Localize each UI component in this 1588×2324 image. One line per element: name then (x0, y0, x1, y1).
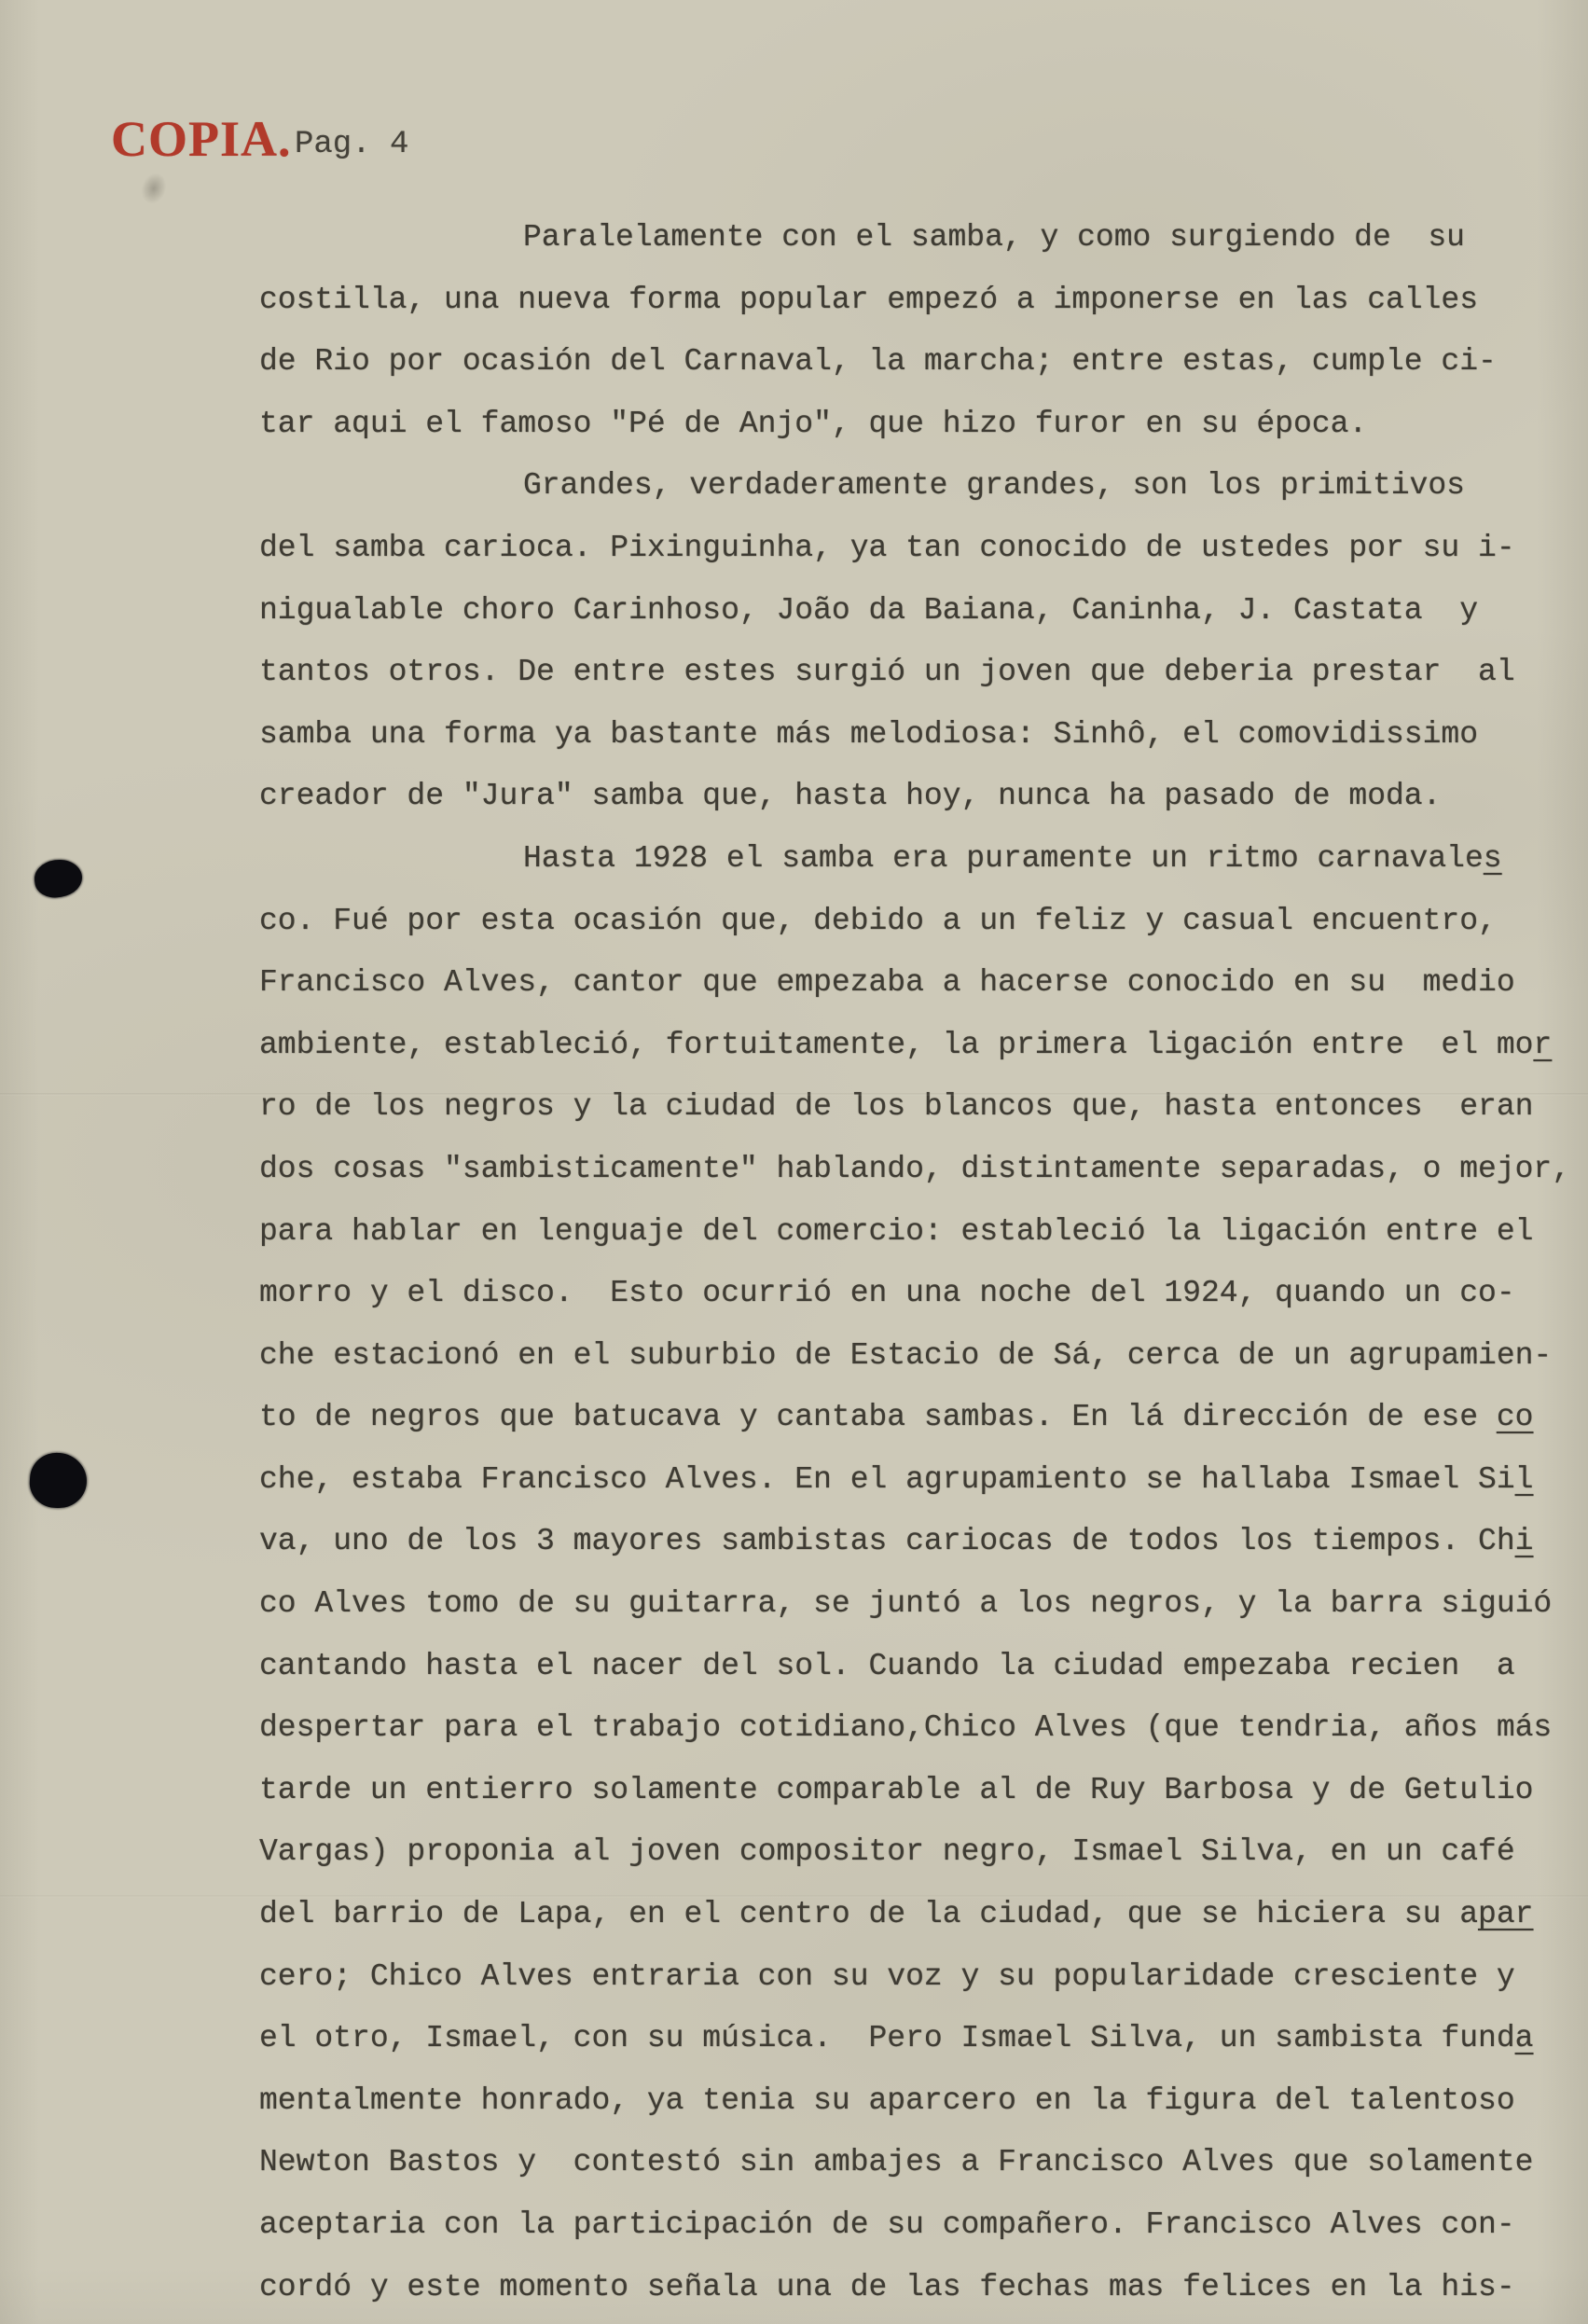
line-text: de Rio por ocasión del Carnaval, la marc… (259, 344, 1497, 379)
line-text: cantando hasta el nacer del sol. Cuando … (259, 1649, 1515, 1683)
line-text: el otro, Ismael, con su música. Pero Ism… (259, 2021, 1515, 2055)
underlined-line-end: l (1515, 1462, 1534, 1497)
line-text: Vargas) proponia al joven compositor neg… (259, 1834, 1515, 1869)
underlined-line-end: s (1484, 841, 1502, 876)
typewritten-line: ambiente, estableció, fortuitamente, la … (259, 1015, 1583, 1077)
line-text: to de negros que batucava y cantaba samb… (259, 1400, 1497, 1434)
underlined-line-end: co (1497, 1400, 1534, 1434)
line-text: cero; Chico Alves entraria con su voz y … (259, 1959, 1515, 1994)
typewritten-line: dos cosas "sambisticamente" hablando, di… (259, 1139, 1583, 1201)
typewritten-line: Grandes, verdaderamente grandes, son los… (259, 455, 1583, 518)
line-text: Grandes, verdaderamente grandes, son los… (523, 468, 1465, 503)
typewritten-line: creador de "Jura" samba que, hasta hoy, … (259, 766, 1583, 828)
line-text: ro de los negros y la ciudad de los blan… (259, 1089, 1533, 1124)
typewritten-line: del barrio de Lapa, en el centro de la c… (259, 1884, 1583, 1946)
line-text: del samba carioca. Pixinguinha, ya tan c… (259, 531, 1515, 565)
typewritten-line: che, estaba Francisco Alves. En el agrup… (259, 1449, 1583, 1512)
line-text: Paralelamente con el samba, y como surgi… (523, 220, 1465, 255)
typewritten-line: Paralelamente con el samba, y como surgi… (259, 207, 1583, 270)
line-text: aceptaria con la participación de su com… (259, 2207, 1515, 2242)
typewritten-line: co. Fué por esta ocasión que, debido a u… (259, 891, 1583, 953)
typewritten-line: de Rio por ocasión del Carnaval, la marc… (259, 331, 1583, 394)
typewritten-line: aceptaria con la participación de su com… (259, 2194, 1583, 2257)
hole-punch-dot (28, 1451, 89, 1510)
line-text: che, estaba Francisco Alves. En el agrup… (259, 1462, 1515, 1497)
line-text: co Alves tomo de su guitarra, se juntó a… (259, 1586, 1552, 1621)
line-text: para hablar en lenguaje del comercio: es… (259, 1214, 1533, 1249)
typewritten-line: Vargas) proponia al joven compositor neg… (259, 1821, 1583, 1884)
line-text: mentalmente honrado, ya tenia su aparcer… (259, 2083, 1515, 2118)
typewritten-line: del samba carioca. Pixinguinha, ya tan c… (259, 518, 1583, 580)
line-text: tar aqui el famoso "Pé de Anjo", que hiz… (259, 407, 1367, 441)
typewritten-line: to de negros que batucava y cantaba samb… (259, 1387, 1583, 1449)
document-page: COPIA. Pag. 4 Paralelamente con el samba… (0, 0, 1588, 2324)
line-text: cordó y este momento señala una de las f… (259, 2270, 1515, 2304)
typewritten-line: tar aqui el famoso "Pé de Anjo", que hiz… (259, 394, 1583, 456)
typewritten-line: despertar para el trabajo cotidiano,Chic… (259, 1697, 1583, 1760)
hole-punch-dot (32, 857, 84, 901)
line-text: del barrio de Lapa, en el centro de la c… (259, 1897, 1478, 1931)
typewritten-line: Hasta 1928 el samba era puramente un rit… (259, 828, 1583, 891)
line-text: Hasta 1928 el samba era puramente un rit… (523, 841, 1484, 876)
line-text: Francisco Alves, cantor que empezaba a h… (259, 965, 1515, 1000)
typewritten-line: che estacionó en el suburbio de Estacio … (259, 1325, 1583, 1388)
line-text: creador de "Jura" samba que, hasta hoy, … (259, 779, 1441, 813)
line-text: che estacionó en el suburbio de Estacio … (259, 1338, 1552, 1373)
typewritten-line: va, uno de los 3 mayores sambistas cario… (259, 1511, 1583, 1573)
line-text: co. Fué por esta ocasión que, debido a u… (259, 904, 1497, 938)
typewritten-line: cantando hasta el nacer del sol. Cuando … (259, 1636, 1583, 1698)
copia-stamp: COPIA. (111, 110, 292, 168)
underlined-line-end: a (1515, 2021, 1534, 2055)
line-text: despertar para el trabajo cotidiano,Chic… (259, 1710, 1552, 1745)
underlined-line-end: i (1515, 1524, 1534, 1558)
underlined-line-end: r (1533, 1028, 1552, 1062)
typewritten-line: ro de los negros y la ciudad de los blan… (259, 1076, 1583, 1139)
typewritten-line: nigualable choro Carinhoso, João da Baia… (259, 580, 1583, 643)
line-text: nigualable choro Carinhoso, João da Baia… (259, 593, 1478, 628)
typewritten-line: morro y el disco. Esto ocurrió en una no… (259, 1263, 1583, 1325)
pencil-smudge (137, 170, 171, 208)
typewritten-line: tantos otros. De entre estes surgió un j… (259, 642, 1583, 704)
document-body: Paralelamente con el samba, y como surgi… (259, 207, 1583, 2318)
line-text: morro y el disco. Esto ocurrió en una no… (259, 1276, 1515, 1310)
typewritten-line: samba una forma ya bastante más melodios… (259, 704, 1583, 767)
typewritten-line: para hablar en lenguaje del comercio: es… (259, 1201, 1583, 1264)
line-text: dos cosas "sambisticamente" hablando, di… (259, 1152, 1570, 1186)
typewritten-line: cordó y este momento señala una de las f… (259, 2257, 1583, 2319)
typewritten-line: cero; Chico Alves entraria con su voz y … (259, 1946, 1583, 2009)
line-text: va, uno de los 3 mayores sambistas cario… (259, 1524, 1515, 1558)
line-text: Newton Bastos y contestó sin ambajes a F… (259, 2145, 1533, 2179)
line-text: costilla, una nueva forma popular empezó… (259, 283, 1478, 317)
typewritten-line: Francisco Alves, cantor que empezaba a h… (259, 952, 1583, 1015)
line-text: tarde un entierro solamente comparable a… (259, 1773, 1533, 1807)
typewritten-line: Newton Bastos y contestó sin ambajes a F… (259, 2132, 1583, 2194)
typewritten-line: tarde un entierro solamente comparable a… (259, 1760, 1583, 1822)
underlined-line-end: par (1478, 1897, 1533, 1931)
line-text: tantos otros. De entre estes surgió un j… (259, 655, 1515, 689)
typewritten-line: el otro, Ismael, con su música. Pero Ism… (259, 2008, 1583, 2070)
line-text: ambiente, estableció, fortuitamente, la … (259, 1028, 1533, 1062)
page-number-label: Pag. 4 (295, 127, 408, 162)
typewritten-line: co Alves tomo de su guitarra, se juntó a… (259, 1573, 1583, 1636)
line-text: samba una forma ya bastante más melodios… (259, 717, 1478, 752)
typewritten-line: mentalmente honrado, ya tenia su aparcer… (259, 2070, 1583, 2133)
typewritten-line: costilla, una nueva forma popular empezó… (259, 270, 1583, 332)
